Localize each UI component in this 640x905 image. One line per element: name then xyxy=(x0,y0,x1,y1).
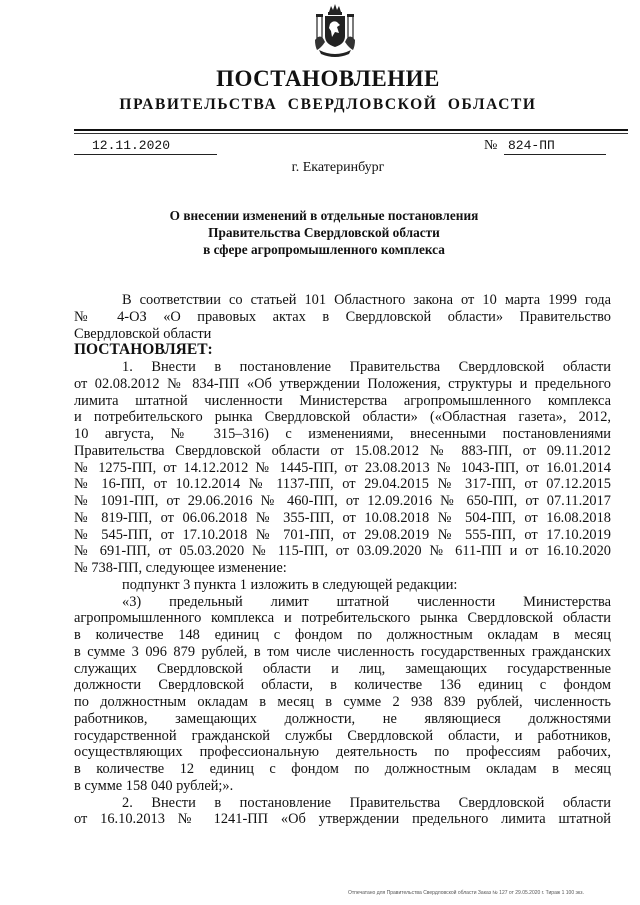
subject-line: в сфере агропромышленного комплекса xyxy=(4,241,640,258)
subitem-intro: подпункт 3 пункта 1 изложить в следующей… xyxy=(74,577,611,594)
document-issuer: ПРАВИТЕЛЬСТВА СВЕРДЛОВСКОЙ ОБЛАСТИ xyxy=(8,96,640,114)
coat-of-arms-icon xyxy=(313,2,357,60)
item1-line: от 02.08.2012 № 834-ПП «Об утверждении П… xyxy=(74,376,611,393)
item1-line: № 545-ПП, от 17.10.2018 № 701-ПП, от 29.… xyxy=(74,527,611,544)
quote-line: служащих Свердловской области и лиц, зам… xyxy=(74,661,611,678)
quote-line: агропромышленного комплекса и потребител… xyxy=(74,610,611,627)
document-body: В соответствии со статьей 101 Областного… xyxy=(74,292,611,828)
item1-line: Правительства Свердловской области от 15… xyxy=(74,443,611,460)
document-title: ПОСТАНОВЛЕНИЕ xyxy=(8,66,640,92)
header-rule-thin xyxy=(74,133,628,134)
quote-line: в сумме 158 040 рублей;». xyxy=(74,778,611,795)
preamble-line: № 4-ОЗ «О правовых актах в Свердловской … xyxy=(74,309,611,326)
item1-line: № 819-ПП, от 06.06.2018 № 355-ПП, от 10.… xyxy=(74,510,611,527)
item1-line: № 738-ПП, следующее изменение: xyxy=(74,560,611,577)
quote-line: должности Свердловской области, в количе… xyxy=(74,677,611,694)
item2-line: от 16.10.2013 № 1241-ПП «Об утверждении … xyxy=(74,811,611,828)
item1-line: № 1091-ПП, от 29.06.2016 № 460-ПП, от 12… xyxy=(74,493,611,510)
quote-line: работников, замещающих должности, не явл… xyxy=(74,711,611,728)
quote-line: в количестве 12 единиц с фондом по должн… xyxy=(74,761,611,778)
document-subject: О внесении изменений в отдельные постано… xyxy=(4,207,640,258)
quote-line: в сумме 3 096 879 рублей, в том числе чи… xyxy=(74,644,611,661)
number-label: № xyxy=(484,138,497,154)
quote-line: по должностным окладам в месяц в сумме 2… xyxy=(74,694,611,711)
preamble-line: Свердловской области xyxy=(74,326,611,343)
item2-line: 2. Внести в постановление Правительства … xyxy=(74,795,611,812)
subject-line: О внесении изменений в отдельные постано… xyxy=(4,207,640,224)
document-page: ПОСТАНОВЛЕНИЕ ПРАВИТЕЛЬСТВА СВЕРДЛОВСКОЙ… xyxy=(0,0,640,905)
item1-line: 10 августа, № 315–316) с изменениями, вн… xyxy=(74,426,611,443)
document-date: 12.11.2020 xyxy=(74,137,217,155)
preamble-line: В соответствии со статьей 101 Областного… xyxy=(74,292,611,309)
header-rule-thick xyxy=(74,129,628,131)
item1-line: № 16-ПП, от 10.12.2014 № 1137-ПП, от 29.… xyxy=(74,476,611,493)
item1-line: и потребительского рынка Свердловской об… xyxy=(74,409,611,426)
item1-line: № 691-ПП, от 05.03.2020 № 115-ПП, от 03.… xyxy=(74,543,611,560)
quote-line: «3) предельный лимит штатной численности… xyxy=(74,594,611,611)
resolves-heading: ПОСТАНОВЛЯЕТ: xyxy=(74,342,611,359)
item1-line: 1. Внести в постановление Правительства … xyxy=(74,359,611,376)
quote-line: государственной гражданской службы Сверд… xyxy=(74,728,611,745)
document-city: г. Екатеринбург xyxy=(18,160,640,176)
subject-line: Правительства Свердловской области xyxy=(4,224,640,241)
quote-line: осуществляющих профессиональную деятельн… xyxy=(74,744,611,761)
item1-line: № 1275-ПП, от 14.12.2012 № 1445-ПП, от 2… xyxy=(74,460,611,477)
quote-line: в количестве 148 единиц с фондом по долж… xyxy=(74,627,611,644)
document-number: 824-ПП xyxy=(504,137,606,155)
item1-line: лимита штатной численности Министерства … xyxy=(74,393,611,410)
print-footer-note: Отпечатано для Правительства Свердловско… xyxy=(348,890,584,896)
